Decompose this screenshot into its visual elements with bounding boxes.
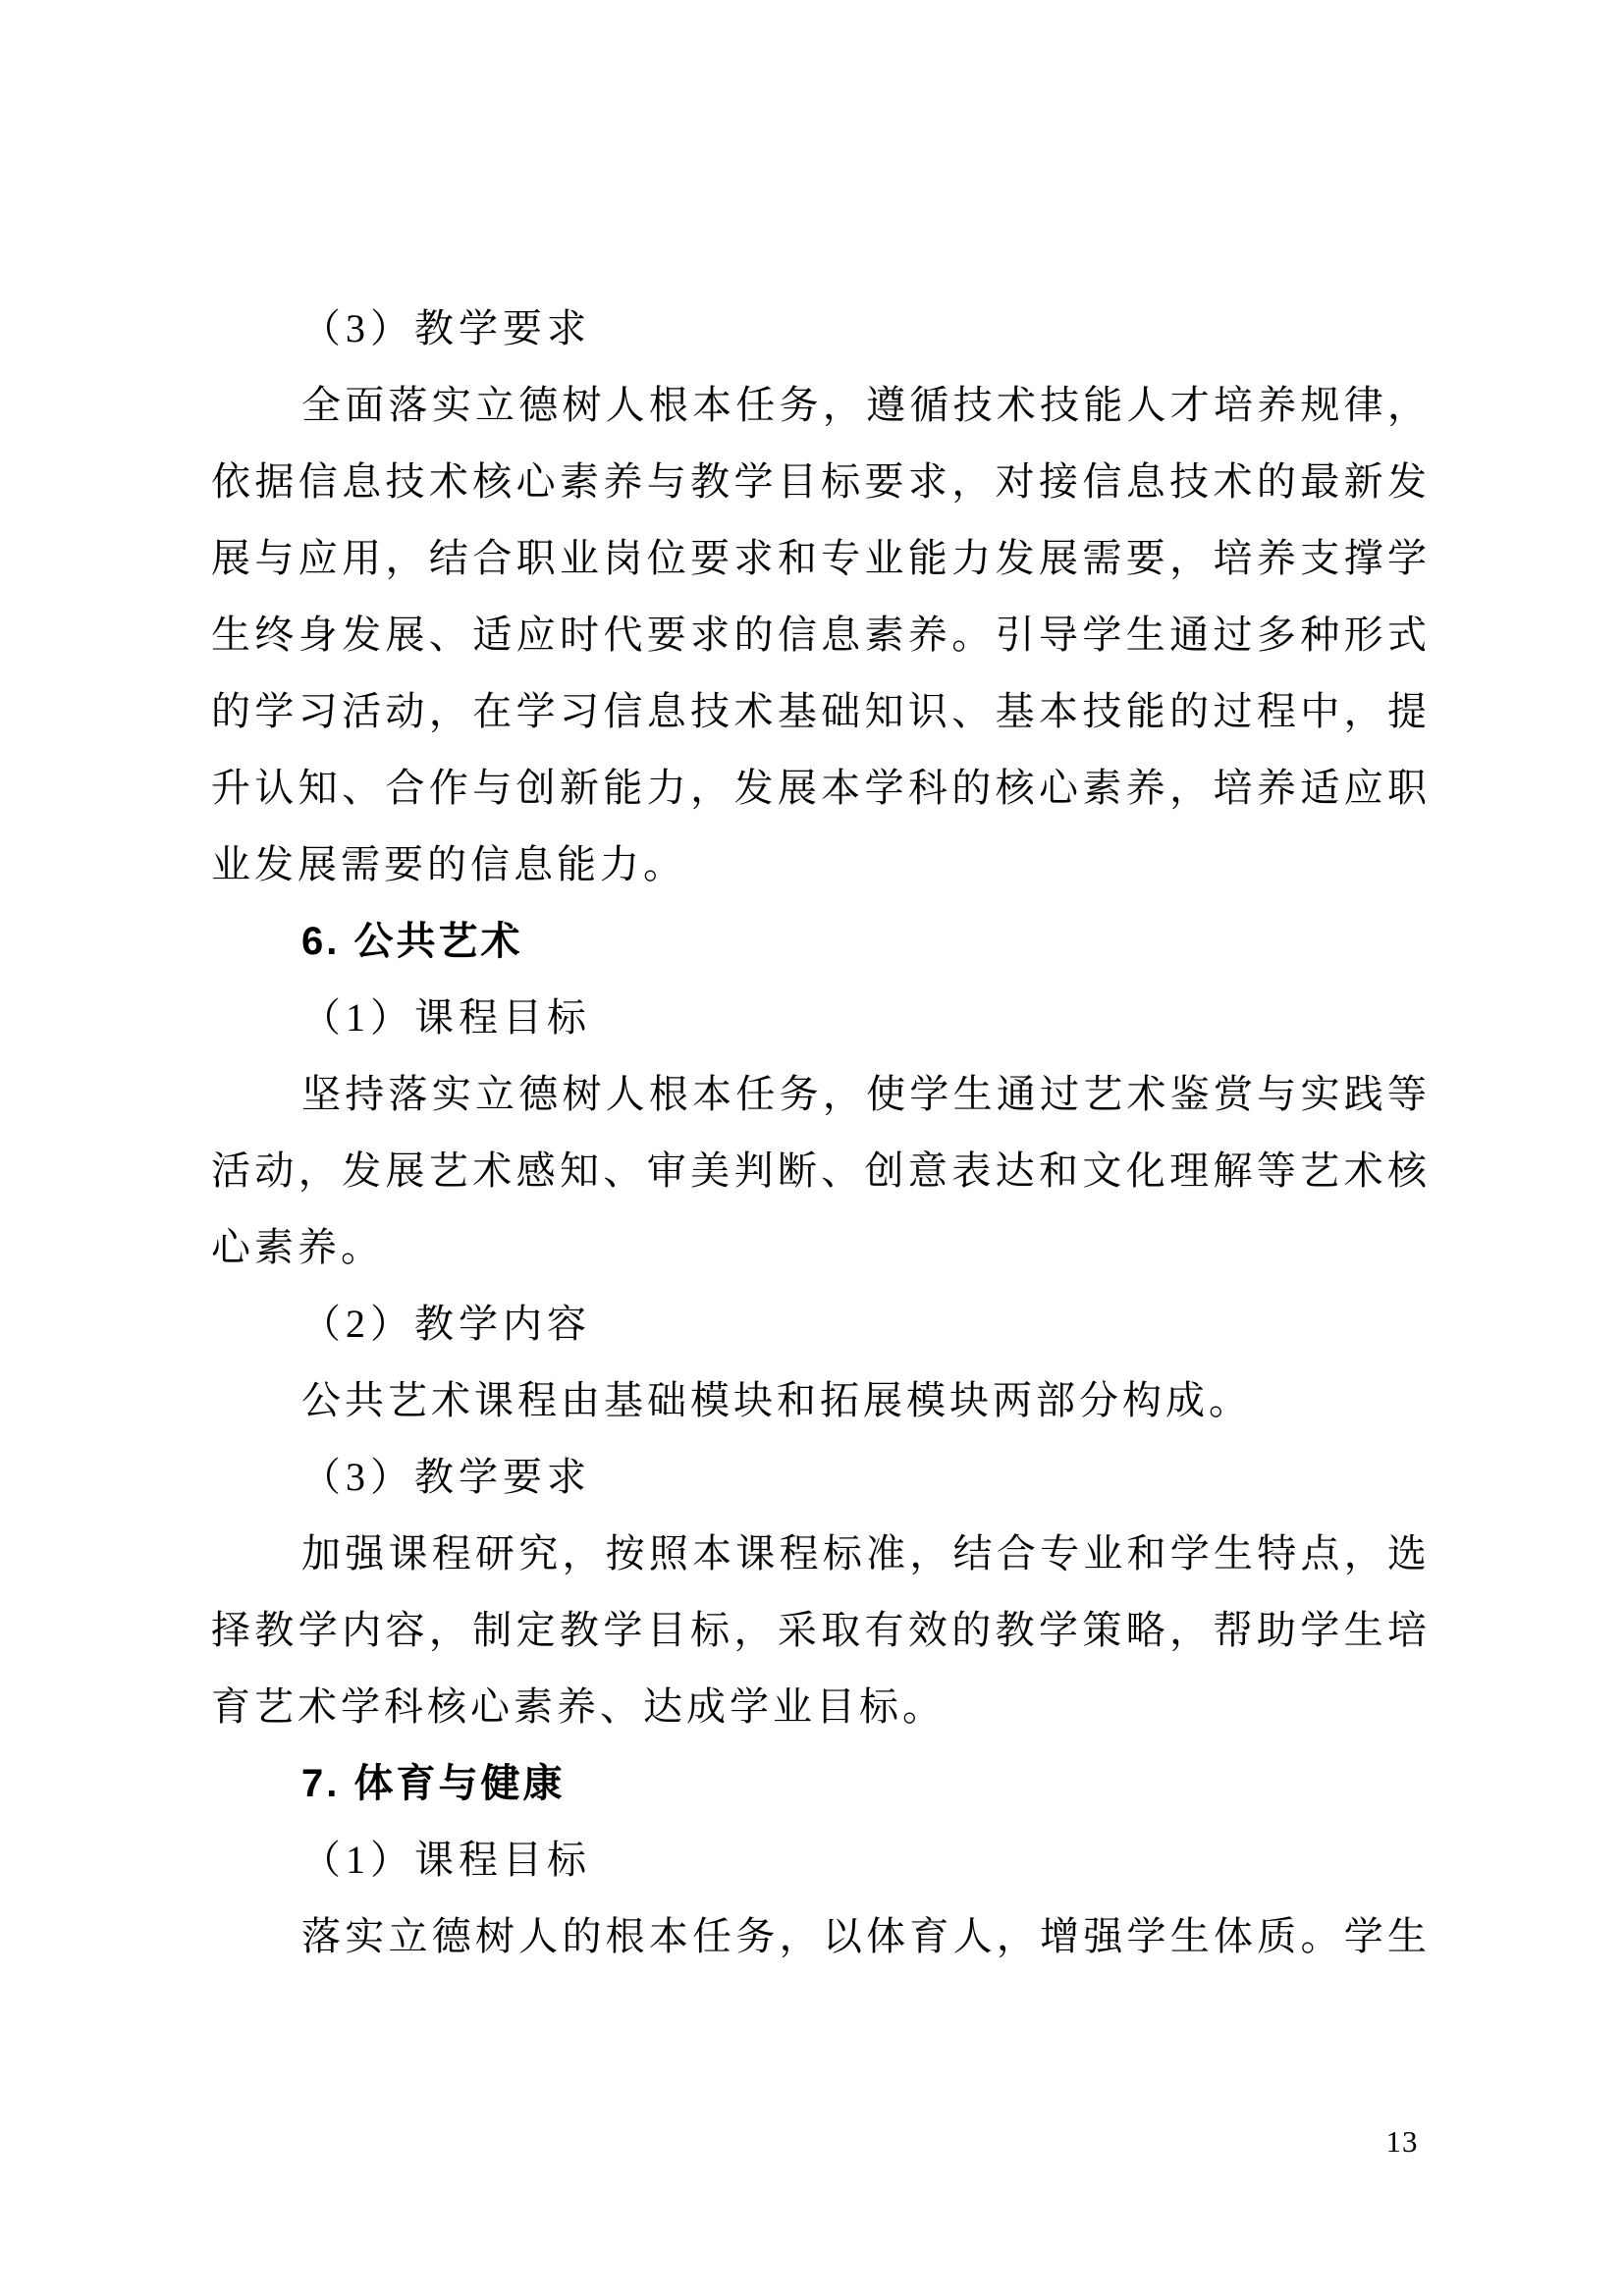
body-text-line: 全面落实立德树人根本任务，遵循技术技能人才培养规律，	[211, 367, 1431, 444]
body-text-line: 生终身发展、适应时代要求的信息素养。引导学生通过多种形式	[211, 597, 1431, 673]
body-text-line: 活动，发展艺术感知、审美判断、创意表达和文化理解等艺术核	[211, 1133, 1431, 1209]
section-heading: 6. 公共艺术	[211, 903, 1431, 980]
sub-heading: （3）教学要求	[211, 1439, 1431, 1516]
body-text-line: 的学习活动，在学习信息技术基础知识、基本技能的过程中，提	[211, 673, 1431, 750]
sub-heading: （3）教学要求	[211, 291, 1431, 367]
sub-heading: （1）课程目标	[211, 1822, 1431, 1898]
body-text-line: 依据信息技术核心素养与教学目标要求，对接信息技术的最新发	[211, 444, 1431, 520]
document-page: （3）教学要求全面落实立德树人根本任务，遵循技术技能人才培养规律，依据信息技术核…	[0, 0, 1624, 2296]
body-text-line: 择教学内容，制定教学目标，采取有效的教学策略，帮助学生培	[211, 1592, 1431, 1669]
body-text-line: 公共艺术课程由基础模块和拓展模块两部分构成。	[211, 1362, 1431, 1439]
sub-heading: （1）课程目标	[211, 980, 1431, 1056]
body-text-line: 加强课程研究，按照本课程标准，结合专业和学生特点，选	[211, 1516, 1431, 1592]
body-text-line: 展与应用，结合职业岗位要求和专业能力发展需要，培养支撑学	[211, 520, 1431, 597]
body-text-line: 落实立德树人的根本任务，以体育人，增强学生体质。学生	[211, 1898, 1431, 1975]
body-text-line: 业发展需要的信息能力。	[211, 827, 1431, 903]
document-body: （3）教学要求全面落实立德树人根本任务，遵循技术技能人才培养规律，依据信息技术核…	[211, 291, 1431, 1975]
body-text-line: 升认知、合作与创新能力，发展本学科的核心素养，培养适应职	[211, 750, 1431, 827]
page-number: 13	[1373, 2122, 1432, 2162]
body-text-line: 坚持落实立德树人根本任务，使学生通过艺术鉴赏与实践等	[211, 1056, 1431, 1133]
sub-heading: （2）教学内容	[211, 1286, 1431, 1362]
section-heading: 7. 体育与健康	[211, 1745, 1431, 1822]
body-text-line: 育艺术学科核心素养、达成学业目标。	[211, 1669, 1431, 1745]
body-text-line: 心素养。	[211, 1209, 1431, 1286]
